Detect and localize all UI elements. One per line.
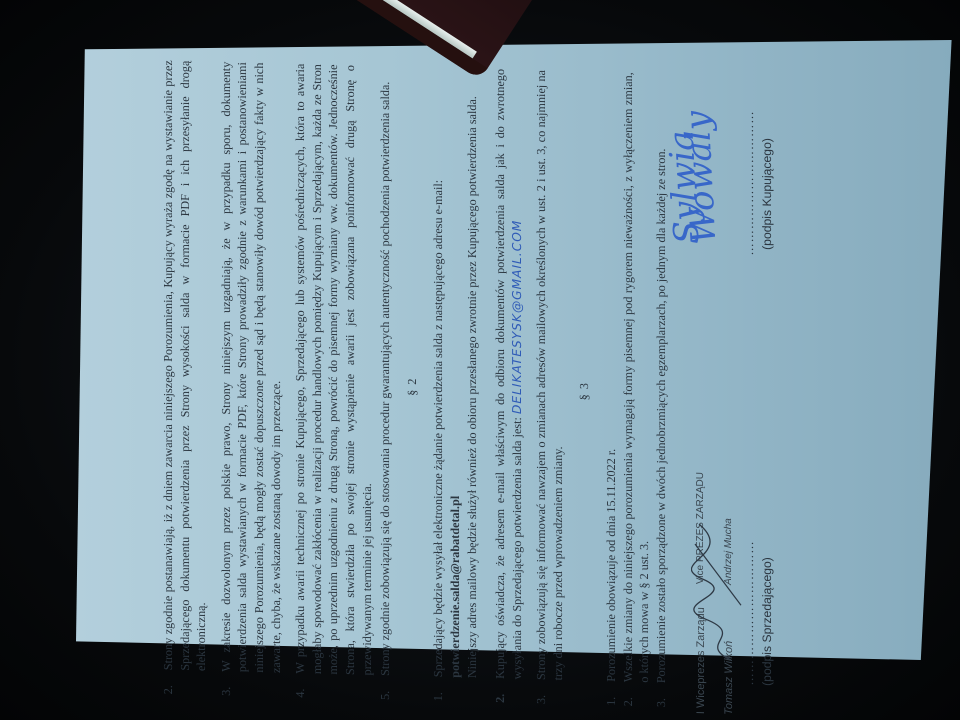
paragraph-1-item-2: 2. Strony zgodnie postanawiają, iż z dni…	[160, 60, 210, 701]
paragraph-1-item-3: 3. W zakresie dozwolonym przez polskie p…	[218, 62, 284, 704]
paragraph-1-item-5: 5. Strony zgodnie zobowiązują się do sto…	[377, 66, 394, 706]
item-text: Strony zgodnie postanawiają, iż z dniem …	[161, 60, 208, 671]
section-2-item-3: 3. Strony zobowiązują się informować naw…	[533, 70, 566, 711]
item-text: Strony zobowiązują się informować nawzaj…	[534, 70, 565, 681]
seller-email: potwierdzenie.salda@rabatdetal.pl	[448, 496, 462, 678]
item-number: 4.	[292, 688, 309, 698]
item-text-continued: Niniejszy adres mailowy będzie służył ró…	[465, 96, 479, 678]
section-3-item-1: 1. Porozumienie obowiązuje od dnia 15.11…	[603, 72, 620, 712]
item-text: Porozumienie obowiązuje od dnia 15.11.20…	[604, 449, 618, 682]
item-number: 3.	[218, 686, 235, 696]
section-2-item-1: 1. Sprzedający będzie wysyłał elektronic…	[430, 67, 480, 708]
item-number: 5.	[377, 691, 394, 701]
item-text: Sprzedający będzie wysyłał elektroniczne…	[431, 180, 445, 678]
section-3-item-2: 2. Wszelkie zmiany do niniejszego porozu…	[620, 72, 653, 713]
section-3-heading: § 3	[576, 71, 593, 711]
item-number: 2.	[160, 685, 177, 695]
paragraph-1-item-4: 4. W przypadku awarii technicznej po str…	[292, 63, 375, 705]
item-text: Wszelkie zmiany do niniejszego porozumie…	[621, 72, 652, 683]
buyer-signature-line: ……………………………	[741, 110, 758, 255]
item-text: W zakresie dozwolonym przez polskie praw…	[219, 62, 283, 674]
seller-signature-label: (podpis Sprzedającego)	[759, 557, 776, 686]
buyer-signature-label: (podpis Kupującego)	[759, 138, 776, 250]
section-2-heading: § 2	[404, 66, 421, 706]
signature-block: I Wiceprezes Zarządu Tomasz Wilkoń Vice …	[679, 74, 799, 717]
section-2-item-2: 2. Kupujący oświadcza, że adresem e-mail…	[492, 69, 525, 710]
item-text: Strony zgodnie zobowiązują się do stosow…	[378, 81, 392, 676]
buyer-handwritten-signature: Sylwia Wowaly	[671, 73, 713, 244]
item-number: 3.	[653, 698, 670, 708]
item-text: W przypadku awarii technicznej po stroni…	[293, 63, 373, 675]
document-page: 2. Strony zgodnie postanawiają, iż z dni…	[160, 60, 760, 716]
item-number: 1.	[603, 696, 620, 706]
item-number: 3.	[533, 695, 550, 705]
item-number: 1.	[430, 692, 447, 702]
item-number: 2.	[492, 694, 509, 704]
seller-signature-line: ……………………………	[741, 540, 758, 685]
buyer-handwritten-email: DELIKATESYSK@GMAIL.COM	[510, 220, 524, 415]
item-number: 2.	[620, 697, 637, 707]
